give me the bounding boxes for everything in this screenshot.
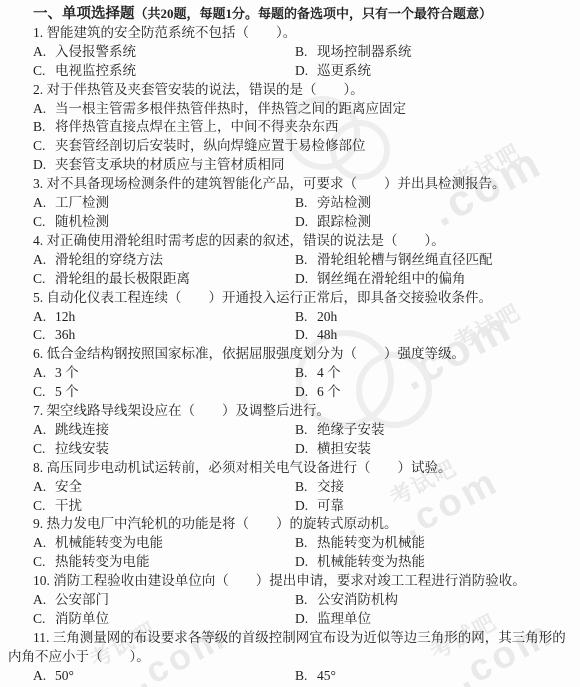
- option-text: 夹套管经剖切后安装时，纵向焊缝应置于易检修部位: [55, 138, 366, 153]
- section-title: 一、单项选择题: [33, 6, 135, 22]
- option-b: B.4 个: [295, 364, 572, 383]
- question-stem: 3. 对不具备现场检测条件的建筑智能化产品，可要求（ ）并出具检测报告。: [8, 175, 572, 194]
- option-grid: A.安全B.交接C.干扰D.可靠: [33, 478, 572, 516]
- option-label: A.: [33, 364, 55, 383]
- option-a: A.机械能转变为电能: [33, 534, 295, 553]
- question-stem: 9. 热力发电厂中汽轮机的功能是将（ ）的旋转式原动机。: [8, 515, 572, 534]
- option-c: C.电视监控系统: [33, 62, 295, 81]
- option-label: C.: [33, 610, 55, 629]
- option-grid: A.12hB.20hC.36hD.48h: [33, 308, 572, 346]
- option-label: B.: [295, 478, 317, 497]
- option-text: 热能转变为机械能: [317, 535, 425, 550]
- option-grid: A.当一根主管需多根伴热管伴热时，伴热管之间的距离应固定B.将伴热管直接点焊在主…: [33, 100, 572, 176]
- option-label: C.: [33, 62, 55, 81]
- option-label: A.: [33, 308, 55, 327]
- question-8: 8. 高压同步电动机试运转前，必须对相关电气设备进行（ ）试验。A.安全B.交接…: [8, 459, 572, 516]
- option-text: 机械能转变为电能: [55, 535, 163, 550]
- option-label: D.: [295, 440, 317, 459]
- option-text: 入侵报警系统: [55, 44, 136, 59]
- option-label: D.: [295, 270, 317, 289]
- option-c: C.干扰: [33, 497, 295, 516]
- option-text: 消防单位: [55, 611, 109, 626]
- question-6: 6. 低合金结构钢按照国家标准，依据屈服强度划分为（ ）强度等级。A.3 个B.…: [8, 345, 572, 402]
- option-text: 20h: [317, 309, 337, 324]
- option-b: B.热能转变为机械能: [295, 534, 572, 553]
- option-grid: A.公安部门B.公安消防机构C.消防单位D.监理单位: [33, 591, 572, 629]
- option-label: B.: [295, 591, 317, 610]
- option-c: C.5 个: [33, 383, 295, 402]
- option-a: A.50°: [33, 667, 295, 686]
- option-label: C.: [33, 497, 55, 516]
- option-label: A.: [33, 421, 55, 440]
- option-a: A.3 个: [33, 364, 295, 383]
- question-stem: 5. 自动化仪表工程连续（ ）开通投入运行正常后，即具备交接验收条件。: [8, 289, 572, 308]
- option-a: A.入侵报警系统: [33, 43, 295, 62]
- option-text: 跳线连接: [55, 422, 109, 437]
- option-grid: A.3 个B.4 个C.5 个D.6 个: [33, 364, 572, 402]
- option-text: 4 个: [317, 365, 341, 380]
- option-c: C.夹套管经剖切后安装时，纵向焊缝应置于易检修部位: [33, 137, 572, 156]
- option-a: A.跳线连接: [33, 421, 295, 440]
- exam-paper-page: 考试吧 .com 考试吧 .com 考试吧 .com 考试吧 .com 考试吧 …: [0, 0, 580, 687]
- option-b: B.现场控制器系统: [295, 43, 572, 62]
- option-d: D.48h: [295, 326, 572, 345]
- question-2: 2. 对于伴热管及夹套管安装的说法，错误的是（ ）。A.当一根主管需多根伴热管伴…: [8, 81, 572, 176]
- question-stem: 7. 架空线路导线架设应在（ ）及调整后进行。: [8, 402, 572, 421]
- option-d: D.监理单位: [295, 610, 572, 629]
- option-text: 电视监控系统: [55, 63, 136, 78]
- option-b: B.公安消防机构: [295, 591, 572, 610]
- option-text: 夹套管支承块的材质应与主管材质相同: [55, 157, 285, 172]
- option-text: 公安消防机构: [317, 592, 398, 607]
- option-a: A.安全: [33, 478, 295, 497]
- option-c: C.热能转变为电能: [33, 553, 295, 572]
- option-label: B.: [295, 364, 317, 383]
- option-label: C.: [33, 213, 55, 232]
- option-text: 旁站检测: [317, 195, 371, 210]
- question-5: 5. 自动化仪表工程连续（ ）开通投入运行正常后，即具备交接验收条件。A.12h…: [8, 289, 572, 346]
- question-stem: 8. 高压同步电动机试运转前，必须对相关电气设备进行（ ）试验。: [8, 459, 572, 478]
- option-grid: A.跳线连接B.绝缘子安装C.拉线安装D.横担安装: [33, 421, 572, 459]
- option-b: B.旁站检测: [295, 194, 572, 213]
- option-text: 干扰: [55, 498, 82, 513]
- option-text: 滑轮组轮槽与钢丝绳直径匹配: [317, 252, 493, 267]
- option-text: 巡更系统: [317, 63, 371, 78]
- option-label: A.: [33, 43, 55, 62]
- option-text: 将伴热管直接点焊在主管上，中间不得夹杂东西: [55, 119, 339, 134]
- question-10: 10. 消防工程验收由建设单位向（ ）提出申请，要求对竣工工程进行消防验收。A.…: [8, 572, 572, 629]
- option-text: 当一根主管需多根伴热管伴热时，伴热管之间的距离应固定: [55, 101, 406, 116]
- option-text: 绝缘子安装: [317, 422, 385, 437]
- option-grid: A.入侵报警系统B.现场控制器系统C.电视监控系统D.巡更系统: [33, 43, 572, 81]
- option-label: B.: [295, 667, 317, 686]
- option-text: 50°: [55, 668, 74, 683]
- option-grid: A.机械能转变为电能B.热能转变为机械能C.热能转变为电能D.机械能转变为热能: [33, 534, 572, 572]
- option-a: A.工厂检测: [33, 194, 295, 213]
- option-text: 安全: [55, 479, 82, 494]
- exam-content: 一、单项选择题（共20题，每题1分。每题的备选项中，只有一个最符合题意） 1. …: [0, 0, 580, 686]
- option-b: B.45°: [295, 667, 572, 686]
- question-3: 3. 对不具备现场检测条件的建筑智能化产品，可要求（ ）并出具检测报告。A.工厂…: [8, 175, 572, 232]
- question-4: 4. 对正确使用滑轮组时需考虑的因素的叙述，错误的说法是（ ）。A.滑轮组的穿绕…: [8, 232, 572, 289]
- question-stem: 4. 对正确使用滑轮组时需考虑的因素的叙述，错误的说法是（ ）。: [8, 232, 572, 251]
- option-label: D.: [295, 213, 317, 232]
- option-d: D.跟踪检测: [295, 213, 572, 232]
- option-a: A.公安部门: [33, 591, 295, 610]
- option-text: 36h: [55, 327, 75, 342]
- option-text: 现场控制器系统: [317, 44, 412, 59]
- option-grid: A.工厂检测B.旁站检测C.随机检测D.跟踪检测: [33, 194, 572, 232]
- question-7: 7. 架空线路导线架设应在（ ）及调整后进行。A.跳线连接B.绝缘子安装C.拉线…: [8, 402, 572, 459]
- question-stem: 1. 智能建筑的安全防范系统不包括（ ）。: [8, 24, 572, 43]
- option-b: B.滑轮组轮槽与钢丝绳直径匹配: [295, 251, 572, 270]
- option-b: B.绝缘子安装: [295, 421, 572, 440]
- option-label: D.: [295, 326, 317, 345]
- option-d: D.机械能转变为热能: [295, 553, 572, 572]
- option-text: 跟踪检测: [317, 214, 371, 229]
- option-a: A.滑轮组的穿绕方法: [33, 251, 295, 270]
- option-label: A.: [33, 100, 55, 119]
- option-label: C.: [33, 440, 55, 459]
- option-c: C.滑轮组的最长极限距离: [33, 270, 295, 289]
- option-text: 横担安装: [317, 441, 371, 456]
- option-label: B.: [295, 251, 317, 270]
- option-text: 48h: [317, 327, 337, 342]
- option-text: 拉线安装: [55, 441, 109, 456]
- option-text: 机械能转变为热能: [317, 554, 425, 569]
- option-c: C.随机检测: [33, 213, 295, 232]
- option-text: 公安部门: [55, 592, 109, 607]
- option-d: D.可靠: [295, 497, 572, 516]
- option-b: B.交接: [295, 478, 572, 497]
- option-d: D.6 个: [295, 383, 572, 402]
- option-text: 工厂检测: [55, 195, 109, 210]
- option-grid: A.50°B.45°: [33, 667, 572, 686]
- question-list: 1. 智能建筑的安全防范系统不包括（ ）。A.入侵报警系统B.现场控制器系统C.…: [8, 24, 572, 686]
- option-text: 可靠: [317, 498, 344, 513]
- option-grid: A.滑轮组的穿绕方法B.滑轮组轮槽与钢丝绳直径匹配C.滑轮组的最长极限距离D.钢…: [33, 251, 572, 289]
- option-d: D.夹套管支承块的材质应与主管材质相同: [33, 156, 572, 175]
- option-b: B.将伴热管直接点焊在主管上，中间不得夹杂东西: [33, 118, 572, 137]
- option-d: D.横担安装: [295, 440, 572, 459]
- option-text: 钢丝绳在滑轮组中的偏角: [317, 271, 466, 286]
- section-header: 一、单项选择题（共20题，每题1分。每题的备选项中，只有一个最符合题意）: [8, 5, 572, 24]
- option-label: B.: [295, 308, 317, 327]
- option-label: D.: [295, 497, 317, 516]
- option-label: B.: [295, 534, 317, 553]
- option-c: C.拉线安装: [33, 440, 295, 459]
- option-label: A.: [33, 478, 55, 497]
- question-stem: 10. 消防工程验收由建设单位向（ ）提出申请，要求对竣工工程进行消防验收。: [8, 572, 572, 591]
- option-text: 交接: [317, 479, 344, 494]
- option-a: A.12h: [33, 308, 295, 327]
- option-label: D.: [295, 610, 317, 629]
- option-label: A.: [33, 251, 55, 270]
- option-label: B.: [295, 421, 317, 440]
- option-c: C.36h: [33, 326, 295, 345]
- option-text: 3 个: [55, 365, 79, 380]
- question-stem: 6. 低合金结构钢按照国家标准，依据屈服强度划分为（ ）强度等级。: [8, 345, 572, 364]
- option-text: 热能转变为电能: [55, 554, 150, 569]
- option-text: 45°: [317, 668, 336, 683]
- option-text: 滑轮组的穿绕方法: [55, 252, 163, 267]
- option-label: D.: [295, 383, 317, 402]
- option-label: C.: [33, 270, 55, 289]
- section-note: （共20题，每题1分。每题的备选项中，只有一个最符合题意）: [135, 6, 493, 21]
- option-a: A.当一根主管需多根伴热管伴热时，伴热管之间的距离应固定: [33, 100, 572, 119]
- question-11: 11. 三角测量网的布设要求各等级的首级控制网宜布设为近似等边三角形的网，其三角…: [8, 629, 572, 686]
- option-label: D.: [295, 62, 317, 81]
- option-label: D.: [33, 156, 55, 175]
- option-d: D.钢丝绳在滑轮组中的偏角: [295, 270, 572, 289]
- option-text: 6 个: [317, 384, 341, 399]
- question-stem: 2. 对于伴热管及夹套管安装的说法，错误的是（ ）。: [8, 81, 572, 100]
- option-text: 5 个: [55, 384, 79, 399]
- option-d: D.巡更系统: [295, 62, 572, 81]
- option-label: A.: [33, 591, 55, 610]
- option-label: B.: [295, 43, 317, 62]
- option-c: C.消防单位: [33, 610, 295, 629]
- option-text: 滑轮组的最长极限距离: [55, 271, 190, 286]
- option-label: C.: [33, 137, 55, 156]
- option-label: C.: [33, 553, 55, 572]
- option-label: C.: [33, 326, 55, 345]
- option-label: A.: [33, 667, 55, 686]
- question-9: 9. 热力发电厂中汽轮机的功能是将（ ）的旋转式原动机。A.机械能转变为电能B.…: [8, 515, 572, 572]
- question-stem: 11. 三角测量网的布设要求各等级的首级控制网宜布设为近似等边三角形的网，其三角…: [8, 629, 572, 667]
- option-text: 监理单位: [317, 611, 371, 626]
- option-label: D.: [295, 553, 317, 572]
- option-text: 随机检测: [55, 214, 109, 229]
- option-b: B.20h: [295, 308, 572, 327]
- option-label: B.: [33, 118, 55, 137]
- option-label: C.: [33, 383, 55, 402]
- question-1: 1. 智能建筑的安全防范系统不包括（ ）。A.入侵报警系统B.现场控制器系统C.…: [8, 24, 572, 81]
- option-label: A.: [33, 534, 55, 553]
- option-label: A.: [33, 194, 55, 213]
- option-text: 12h: [55, 309, 75, 324]
- option-label: B.: [295, 194, 317, 213]
